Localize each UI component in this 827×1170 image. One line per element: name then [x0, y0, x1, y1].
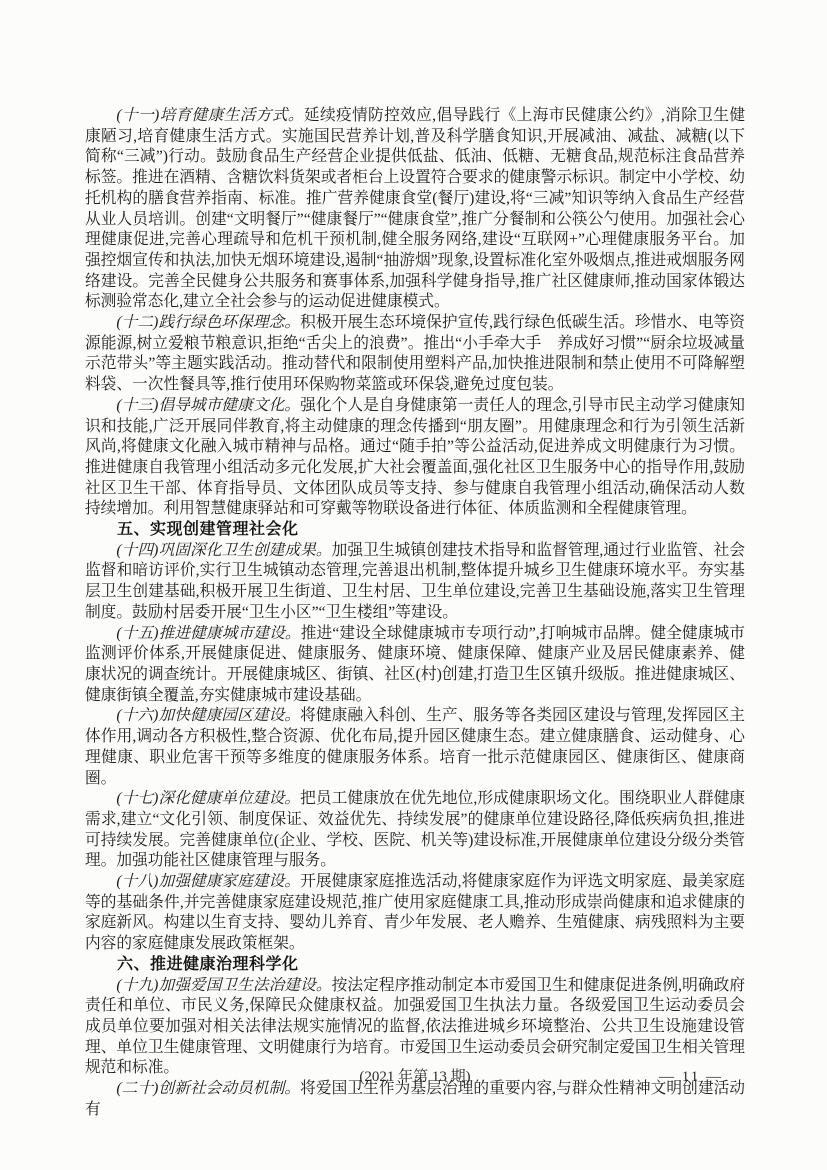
paragraph-lead: (十八)加强健康家庭建设。: [116, 873, 300, 890]
paragraph: (十三)倡导城市健康文化。强化个人是自身健康第一责任人的理念,引导市民主动学习健…: [85, 396, 745, 520]
paragraph-lead: (十六)加快健康园区建设。: [116, 707, 300, 724]
paragraph-lead: (十九)加强爱国卫生法治建设。: [116, 977, 331, 994]
paragraph-lead: (十五)推进健康城市建设。: [116, 625, 300, 642]
paragraph-lead: (十七)深化健康单位建设。: [116, 790, 300, 807]
paragraph: (十一)培育健康生活方式。延续疫情防控效应,倡导践行《上海市民健康公约》,消除卫…: [85, 106, 745, 313]
document-page: (十一)培育健康生活方式。延续疫情防控效应,倡导践行《上海市民健康公约》,消除卫…: [0, 0, 827, 1170]
section-heading: 六、推进健康治理科学化: [85, 955, 745, 976]
section-heading: 五、实现创建管理社会化: [85, 520, 745, 541]
paragraph: (十四)巩固深化卫生创建成果。加强卫生城镇创建技术指导和监督管理,通过行业监管、…: [85, 541, 745, 624]
paragraph: (十八)加强健康家庭建设。开展健康家庭推选活动,将健康家庭作为评选文明家庭、最美…: [85, 872, 745, 955]
paragraph-lead: (十四)巩固深化卫生创建成果。: [116, 542, 331, 559]
journal-issue: (2021 年第 13 期): [85, 1066, 745, 1088]
paragraph-lead: (十三)倡导城市健康文化。: [116, 397, 300, 414]
paragraph: (十五)推进健康城市建设。推进“建设全球健康城市专项行动”,打响城市品牌。健全健…: [85, 624, 745, 707]
paragraph: (十七)深化健康单位建设。把员工健康放在优先地位,形成健康职场文化。围绕职业人群…: [85, 789, 745, 872]
paragraph-lead: (十二)践行绿色环保理念。: [116, 314, 300, 331]
page-number: — 11 —: [659, 1066, 723, 1088]
paragraph-lead: (十一)培育健康生活方式。: [116, 107, 304, 124]
paragraph: (十二)践行绿色环保理念。积极开展生态环境保护宣传,践行绿色低碳生活。珍惜水、电…: [85, 313, 745, 396]
paragraph: (十六)加快健康园区建设。将健康融入科创、生产、服务等各类园区建设与管理,发挥园…: [85, 706, 745, 789]
page-footer: (2021 年第 13 期) — 11 —: [85, 1066, 745, 1088]
paragraph: (十九)加强爱国卫生法治建设。按法定程序推动制定本市爱国卫生和健康促进条例,明确…: [85, 976, 745, 1080]
document-body: (十一)培育健康生活方式。延续疫情防控效应,倡导践行《上海市民健康公约》,消除卫…: [85, 106, 745, 1120]
